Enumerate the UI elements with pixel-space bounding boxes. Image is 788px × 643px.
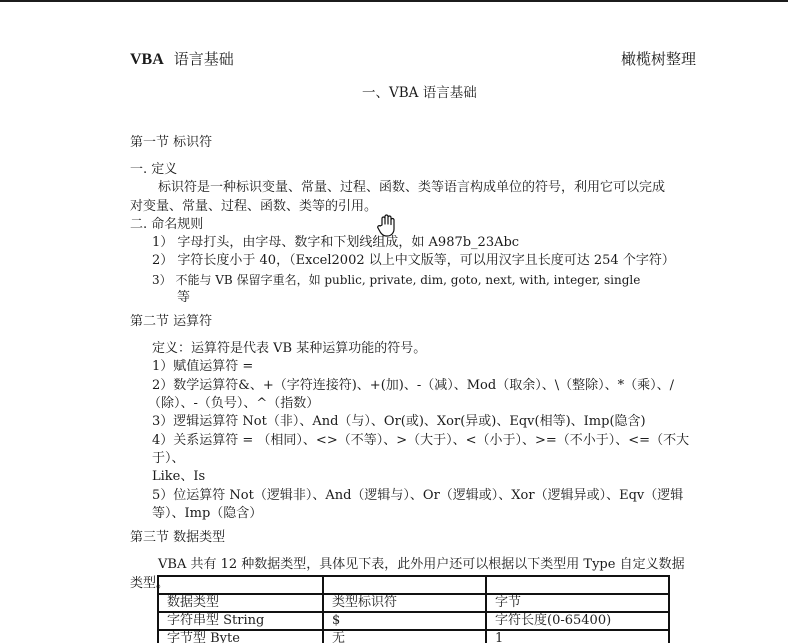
definition-heading: 一. 定义 (130, 161, 177, 179)
operator-math-line1: 2）数学运算符&、+（字符连接符)、+(加)、-（减）、Mod（取余）、\（整除… (152, 377, 674, 395)
running-header-left: VBA语言基础 (130, 48, 234, 69)
table-header-row: 数据类型 类型标识符 字节 (158, 594, 669, 612)
operator-assignment: 1）赋值运算符 = (152, 358, 253, 376)
section1-heading: 第一节 标识符 (130, 134, 212, 152)
naming-rule-1: 1） 字母打头，由字母、数字和下划线组成，如 A987b_23Abc (152, 234, 519, 252)
table-cell: 1 (486, 630, 669, 643)
table-header-cell: 数据类型 (158, 594, 323, 612)
operator-relational-line3: Like、Is (152, 468, 205, 486)
hand-cursor-icon (376, 214, 398, 238)
table-row: 字符串型 String $ 字符长度(0-65400) (158, 612, 669, 630)
naming-rule-3-line1: 3） 不能与 VB 保留字重名，如 public, private, dim, … (152, 271, 640, 289)
operator-bitwise-line1: 5）位运算符 Not（逻辑非）、And（逻辑与）、Or（逻辑或）、Xor（逻辑异… (152, 487, 683, 505)
operator-definition: 定义：运算符是代表 VB 某种运算功能的符号。 (152, 340, 426, 358)
table-cell: $ (323, 612, 486, 630)
table-cell (486, 576, 669, 594)
table-cell: 字符长度(0-65400) (486, 612, 669, 630)
section3-heading: 第三节 数据类型 (130, 529, 225, 547)
page-title: 一、VBA 语言基础 (362, 81, 477, 101)
table-cell: 无 (323, 630, 486, 643)
operator-relational-line2: 于）、 (152, 450, 185, 468)
naming-rule-2: 2） 字符长度小于 40，（Excel2002 以上中文版等，可以用汉字且长度可… (152, 252, 675, 270)
operator-logic: 3）逻辑运算符 Not（非）、And（与）、Or(或)、Xor(异或)、Eqv(… (152, 413, 646, 431)
table-row (158, 576, 669, 594)
running-header-right: 橄榄树整理 (621, 48, 696, 69)
naming-rules-heading: 二. 命名规则 (130, 216, 203, 234)
operator-math-line2: （除）、-（负号）、^（指数） (148, 395, 319, 413)
naming-rule-3-line2: 等 (177, 289, 190, 307)
datatype-intro-line1: VBA 共有 12 种数据类型，具体见下表，此外用户还可以根据以下类型用 Typ… (158, 556, 685, 574)
datatype-table: 数据类型 类型标识符 字节 字符串型 String $ 字符长度(0-65400… (157, 575, 670, 643)
section2-heading: 第二节 运算符 (130, 313, 212, 331)
table-cell (323, 576, 486, 594)
header-latin: VBA (130, 51, 164, 68)
definition-text-line2: 对变量、常量、过程、函数、类等的引用。 (130, 198, 377, 216)
header-cjk: 语言基础 (174, 50, 234, 68)
table-cell (158, 576, 323, 594)
table-cell: 字符串型 String (158, 612, 323, 630)
table-header-cell: 字节 (486, 594, 669, 612)
operator-relational-line1: 4）关系运算符 = （相同）、<>（不等）、>（大于）、<（小于）、>=（不小于… (152, 432, 689, 450)
operator-bitwise-line2: 等）、Imp（隐含） (152, 505, 262, 523)
table-header-cell: 类型标识符 (323, 594, 486, 612)
definition-text-line1: 标识符是一种标识变量、常量、过程、函数、类等语言构成单位的符号，利用它可以完成 (158, 179, 665, 197)
table-row: 字节型 Byte 无 1 (158, 630, 669, 643)
window-top-border (0, 0, 788, 2)
table-cell: 字节型 Byte (158, 630, 323, 643)
